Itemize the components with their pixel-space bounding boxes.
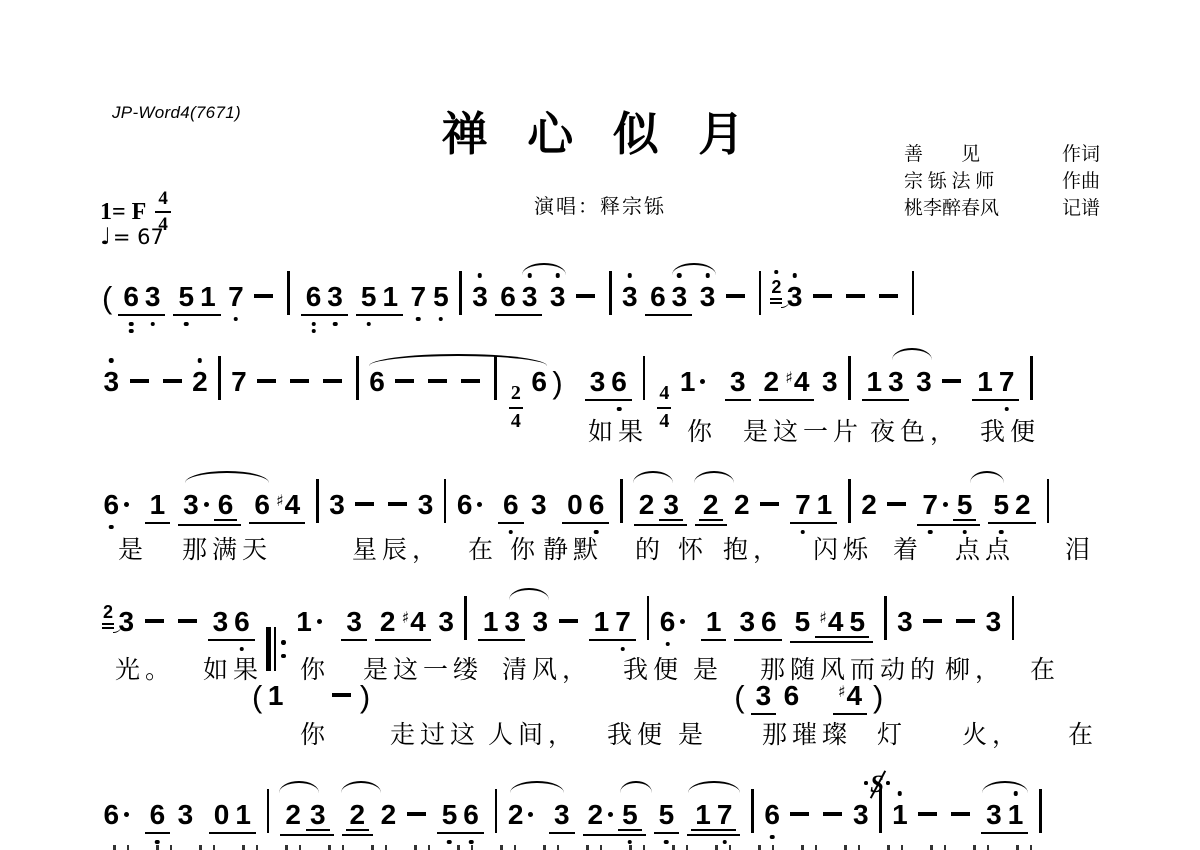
octave-dot-low xyxy=(333,322,338,327)
barline xyxy=(459,271,462,315)
dash xyxy=(559,619,578,624)
lyric: 是这一片 xyxy=(743,412,863,448)
sheet-music-page: JP-Word4(7671) 禅 心 似 月 演唱：释宗铄 善 见作词宗 铄 法… xyxy=(0,0,1200,850)
tempo-marking: ♩= 67 xyxy=(100,224,164,250)
note: 3 xyxy=(554,800,570,829)
note: 2 xyxy=(639,490,655,519)
beam-group: 31 xyxy=(981,800,1028,834)
music-line: 2336132♯431331761365♯4533光。如果你是这一缕清风，我便是… xyxy=(100,596,1130,671)
beam-group: 3 xyxy=(341,607,367,641)
octave-dot-high xyxy=(677,273,682,278)
repeat-begin-barline xyxy=(266,627,286,671)
note: 5 xyxy=(442,800,458,829)
dash xyxy=(760,502,779,507)
lyric: 人间， xyxy=(488,715,578,751)
note: 5 xyxy=(795,607,811,636)
beam-group: 6 xyxy=(145,800,171,834)
note: 3 xyxy=(178,800,194,829)
music-line: 3276246)3644132♯4313317如果你是这一片夜色，我便 xyxy=(100,356,1130,433)
sharp-icon: ♯ xyxy=(401,608,409,627)
beam-group: 2 xyxy=(342,800,374,836)
barline xyxy=(848,479,851,523)
note: 5 xyxy=(622,800,638,829)
beam-group: 3 xyxy=(659,490,683,521)
beam-group: 2 xyxy=(699,490,723,521)
lyric: 你 xyxy=(687,412,717,448)
credit-role: 作词 xyxy=(1062,141,1100,168)
dash xyxy=(145,619,164,624)
octave-dot-high xyxy=(792,273,797,278)
note: 2 xyxy=(350,800,366,829)
dash xyxy=(388,502,407,507)
dash xyxy=(846,294,865,299)
octave-dot-high xyxy=(705,273,710,278)
beam-group: 25 xyxy=(583,800,646,836)
slur-group: 23 xyxy=(276,800,337,836)
grace-note: 2 xyxy=(103,602,113,623)
augmentation-dot xyxy=(124,502,129,507)
time-signature: 44 xyxy=(657,382,671,433)
barline xyxy=(316,479,319,523)
note: 6 xyxy=(218,490,234,519)
augmentation-dot xyxy=(317,619,322,624)
quarter-note-icon: ♩ xyxy=(100,224,111,250)
beam-group: 63 xyxy=(118,282,165,316)
lyric: 在 xyxy=(468,530,498,566)
beam-group: 51 xyxy=(356,282,403,316)
parenthesis: ) xyxy=(552,365,562,401)
barline xyxy=(647,596,650,640)
note: 5 xyxy=(659,800,675,829)
beam-group: 36 xyxy=(734,607,781,641)
barline xyxy=(751,789,754,833)
sharp-icon: ♯ xyxy=(838,682,846,701)
octave-dot-high xyxy=(478,273,483,278)
parenthesis: ) xyxy=(360,679,370,715)
lyric: 灯 xyxy=(877,715,907,751)
beam-group: 36 xyxy=(178,490,241,526)
slur-group: 255 xyxy=(579,800,684,836)
barline xyxy=(1039,789,1042,833)
note: 6 xyxy=(784,681,800,710)
augmentation-dot xyxy=(124,812,129,817)
barline xyxy=(1047,479,1050,523)
octave-dot-low xyxy=(770,835,775,840)
dash xyxy=(823,812,842,817)
note: 3 xyxy=(531,490,547,519)
note: 7 xyxy=(922,490,948,519)
note: 3 xyxy=(329,490,345,519)
note: 3 xyxy=(986,607,1002,636)
beam-group: 23 xyxy=(280,800,333,836)
barline xyxy=(1012,596,1015,640)
beam-group: 17 xyxy=(589,607,636,641)
barline xyxy=(287,271,290,315)
credits-block: 善 见作词宗 铄 法 师作曲桃李醉春风记谱 xyxy=(904,141,1100,222)
credit-name: 善 见 xyxy=(904,141,980,168)
parenthesis: ( xyxy=(252,679,262,715)
augmentation-dot xyxy=(477,502,482,507)
augmentation-dot xyxy=(943,502,948,507)
note: 2 xyxy=(861,490,877,519)
barline xyxy=(267,789,270,833)
beam-group: 17 xyxy=(972,367,1019,401)
note: 6 xyxy=(369,367,385,396)
beam-group: 63 xyxy=(645,282,692,316)
note: 3 xyxy=(145,282,161,311)
note: ♯4 xyxy=(276,490,300,519)
note: 6 xyxy=(531,367,547,396)
barline xyxy=(884,596,887,640)
barline xyxy=(444,479,447,523)
note: 3 xyxy=(522,282,538,311)
octave-dot-low xyxy=(311,322,316,327)
slur-group: 31 xyxy=(977,800,1032,834)
note: 1 xyxy=(268,681,284,710)
credit-role: 记谱 xyxy=(1062,195,1100,222)
note: 3 xyxy=(504,607,520,636)
note: 5 xyxy=(850,607,866,636)
beam-group: 63 xyxy=(301,282,348,316)
note: 1 xyxy=(680,367,706,396)
lyric: 我便 xyxy=(607,715,667,751)
note: 3 xyxy=(787,282,803,311)
lyric: 的 xyxy=(635,530,665,566)
lyric: 抱， xyxy=(723,530,783,566)
note: 3 xyxy=(438,607,454,636)
beam-group: 5 xyxy=(618,800,642,831)
lyric: 怀 xyxy=(678,530,708,566)
note: 5 xyxy=(433,282,449,311)
parenthesis: ) xyxy=(873,679,883,715)
music-line: (635176351753633363323 xyxy=(100,271,1130,316)
lyric: 是 xyxy=(678,715,708,751)
note: 3 xyxy=(590,367,606,396)
beam-group: 17 xyxy=(691,800,736,831)
slur-group: 133 xyxy=(474,607,552,641)
barline xyxy=(1030,356,1033,400)
beam-group: 71 xyxy=(790,490,837,524)
beam-group: 2♯4 xyxy=(759,367,815,401)
note: 5 xyxy=(178,282,194,311)
octave-dot-low xyxy=(416,317,421,322)
slur-group: 133 xyxy=(858,367,936,401)
augmentation-dot xyxy=(204,502,209,507)
beam-group: 3 xyxy=(751,681,777,715)
barline xyxy=(464,596,467,640)
note: 3 xyxy=(700,282,716,311)
lyric: 你 xyxy=(510,530,540,566)
note: 3 xyxy=(183,490,209,519)
note: 2 xyxy=(380,607,396,636)
octave-dot-high xyxy=(198,358,203,363)
key-label: 1= F xyxy=(100,199,146,226)
note: 7 xyxy=(717,800,733,829)
dash xyxy=(178,619,197,624)
note: 7 xyxy=(411,282,427,311)
beam-group: 01 xyxy=(209,800,256,834)
note: 3 xyxy=(104,367,120,396)
octave-dot-low xyxy=(664,840,669,845)
lyric: 夜色， xyxy=(870,412,960,448)
octave-dot-high xyxy=(898,791,903,796)
note: 1 xyxy=(695,800,711,829)
note: 6 xyxy=(254,490,270,519)
beam-group: 5 xyxy=(654,800,680,834)
note: 6 xyxy=(500,282,516,311)
music-line: 66301232256232551763S131 xyxy=(100,789,1130,836)
octave-dot-low xyxy=(469,840,474,845)
beam-group: 1 xyxy=(701,607,727,641)
note: 3 xyxy=(822,367,838,396)
beam-group: 1 xyxy=(145,490,171,524)
octave-dot-low xyxy=(439,317,444,322)
dash xyxy=(355,502,374,507)
barline xyxy=(494,356,497,400)
credit-line: 宗 铄 法 师作曲 xyxy=(904,168,1100,195)
note: 3 xyxy=(418,490,434,519)
lyric: 我便 xyxy=(980,412,1040,448)
octave-dot-low xyxy=(234,317,239,322)
barline xyxy=(848,356,851,400)
lyric: 那满天 xyxy=(182,530,272,566)
sharp-icon: ♯ xyxy=(785,368,793,387)
dash xyxy=(918,812,937,817)
note: 5 xyxy=(361,282,377,311)
note: 3 xyxy=(472,282,488,311)
note: 3 xyxy=(853,800,869,829)
note: 6 xyxy=(234,607,250,636)
note: 3 xyxy=(916,367,932,396)
dash xyxy=(813,294,832,299)
note: ♯4 xyxy=(401,607,425,636)
barline xyxy=(912,271,915,315)
octave-dot-high xyxy=(775,270,779,274)
octave-dot-high xyxy=(527,273,532,278)
note: 3 xyxy=(730,367,746,396)
parenthesis: ( xyxy=(734,679,744,715)
dash xyxy=(576,294,595,299)
lyric: 着 xyxy=(893,530,923,566)
augmentation-dot xyxy=(528,812,533,817)
lyric: 是 xyxy=(118,530,148,566)
note: 3 xyxy=(119,607,135,636)
beam-group: ♯45 xyxy=(815,607,869,638)
lyric: 走过这 xyxy=(390,715,480,751)
note: 6 xyxy=(463,800,479,829)
dash xyxy=(879,294,898,299)
lyric: 在 xyxy=(1068,715,1098,751)
dash xyxy=(395,379,414,384)
octave-dot-low xyxy=(366,322,371,327)
parenthesis: ( xyxy=(102,280,112,316)
beam-group: 36 xyxy=(585,367,632,401)
dash xyxy=(942,379,961,384)
time-signature: 24 xyxy=(509,382,523,433)
note: 6 xyxy=(306,282,322,311)
barline xyxy=(643,356,646,400)
credit-role: 作曲 xyxy=(1062,168,1100,195)
beam-group: 36 xyxy=(208,607,255,641)
beam-group: ♯4 xyxy=(833,681,867,715)
lyric: 静默 xyxy=(543,530,603,566)
beam-group: 13 xyxy=(862,367,909,401)
note: 3 xyxy=(888,367,904,396)
note: 6 xyxy=(104,800,130,829)
note: ♯4 xyxy=(819,607,843,636)
barline xyxy=(609,271,612,315)
beam-group: 13 xyxy=(478,607,525,641)
octave-dot-low xyxy=(628,840,633,845)
beam-group: 3 xyxy=(549,800,575,834)
credit-line: 桃李醉春风记谱 xyxy=(904,195,1100,222)
credit-name: 宗 铄 法 师 xyxy=(904,168,994,195)
dash xyxy=(428,379,447,384)
dash xyxy=(323,379,342,384)
octave-dot-low xyxy=(150,322,155,327)
lyric: 如果 xyxy=(588,412,648,448)
dash xyxy=(407,812,426,817)
barline xyxy=(356,356,359,400)
note: 1 xyxy=(892,800,908,829)
note: 1 xyxy=(483,607,499,636)
octave-dot-low xyxy=(129,322,134,327)
credit-name: 桃李醉春风 xyxy=(904,195,999,222)
slur-group: 22 xyxy=(338,800,400,836)
note: 6 xyxy=(123,282,139,311)
slur-group: 6246 xyxy=(366,356,551,433)
barline xyxy=(759,271,762,315)
octave-dot-low xyxy=(617,407,622,412)
beam-group: 3 xyxy=(725,367,751,401)
dash xyxy=(790,812,809,817)
slur-group: 633 xyxy=(641,282,719,316)
note: 2 xyxy=(1015,490,1031,519)
note: 3 xyxy=(310,800,326,829)
note: 3 xyxy=(346,607,362,636)
note: 7 xyxy=(615,607,631,636)
octave-dot-high xyxy=(555,273,560,278)
lyric: 泪 xyxy=(1065,530,1095,566)
lyric: 火， xyxy=(962,715,1022,751)
note: 1 xyxy=(150,490,166,519)
lyric: 那璀璨 xyxy=(762,715,852,751)
note: 2 xyxy=(703,490,719,519)
octave-dot-low xyxy=(801,530,806,535)
slur-group: 23 xyxy=(630,490,691,526)
octave-dot-low xyxy=(722,840,727,845)
barline xyxy=(218,356,221,400)
lyric: 星辰， xyxy=(352,530,442,566)
dash xyxy=(887,502,906,507)
slur-group: 7552 xyxy=(913,490,1039,526)
note: 7 xyxy=(999,367,1015,396)
beam-group: 5♯45 xyxy=(790,607,873,643)
octave-dot-low xyxy=(665,642,670,647)
slur-group: 22 xyxy=(691,490,753,526)
beam-group: 6 xyxy=(498,490,524,524)
note: 2 xyxy=(381,800,397,829)
octave-dot-low xyxy=(129,329,134,334)
note: 5 xyxy=(957,490,973,519)
note: 3 xyxy=(897,607,913,636)
note: 2 xyxy=(508,800,534,829)
slur-group: 17 xyxy=(683,800,744,836)
music-line: 61366♯4336630623227127552是那满天星辰，在你静默的怀抱，… xyxy=(100,479,1130,526)
dash xyxy=(130,379,149,384)
time-sig-numerator: 4 xyxy=(155,188,171,211)
octave-dot-low xyxy=(311,329,316,334)
note: 3 xyxy=(663,490,679,519)
note: 0 xyxy=(567,490,583,519)
note: 3 xyxy=(756,681,772,710)
note: 1 xyxy=(200,282,216,311)
octave-dot-high xyxy=(109,358,114,363)
note: 3 xyxy=(550,282,566,311)
beam-group: 52 xyxy=(988,490,1035,524)
note: 3 xyxy=(213,607,229,636)
note: ♯4 xyxy=(785,367,809,396)
octave-dot-high xyxy=(1013,791,1018,796)
note: ♯4 xyxy=(838,681,862,710)
sharp-icon: ♯ xyxy=(276,491,284,510)
barline xyxy=(620,479,623,523)
octave-dot-low xyxy=(184,322,189,327)
beam-group: 6♯4 xyxy=(249,490,305,524)
barline xyxy=(495,789,498,833)
note: 6 xyxy=(611,367,627,396)
beam-group: 06 xyxy=(562,490,609,524)
note: 2 xyxy=(285,800,301,829)
dash xyxy=(332,693,351,698)
dash xyxy=(956,619,975,624)
slur-group: 23 xyxy=(504,800,578,834)
music-line: (1)(36♯4)你走过这人间，我便是那璀璨灯火，在 xyxy=(100,679,1130,715)
note: 6 xyxy=(764,800,780,829)
lyric: 点点 xyxy=(955,530,1015,566)
dash xyxy=(257,379,276,384)
dash xyxy=(163,379,182,384)
lyric: 闪烁 xyxy=(813,530,873,566)
grace-note: 2 xyxy=(771,277,781,298)
dash xyxy=(461,379,480,384)
note: 2 xyxy=(192,367,208,396)
lyric: 你 xyxy=(300,715,330,751)
note: 3 xyxy=(533,607,549,636)
note: 2 xyxy=(764,367,780,396)
note: 6 xyxy=(150,800,166,829)
note: 3 xyxy=(672,282,688,311)
beam-group: 51 xyxy=(173,282,220,316)
slur-group: 366♯4 xyxy=(174,490,309,526)
note: 6 xyxy=(104,490,130,519)
note: 6 xyxy=(650,282,666,311)
note: 1 xyxy=(706,607,722,636)
beam-group: 2♯4 xyxy=(375,607,431,641)
note: 6 xyxy=(503,490,519,519)
dash xyxy=(923,619,942,624)
augmentation-dot xyxy=(680,619,685,624)
note: 3 xyxy=(327,282,343,311)
octave-dot-low xyxy=(155,840,160,845)
beam-group: 3 xyxy=(306,800,330,831)
dash xyxy=(951,812,970,817)
note: 7 xyxy=(795,490,811,519)
note: 0 xyxy=(214,800,230,829)
note: 6 xyxy=(761,607,777,636)
note: 1 xyxy=(382,282,398,311)
note: 3 xyxy=(739,607,755,636)
